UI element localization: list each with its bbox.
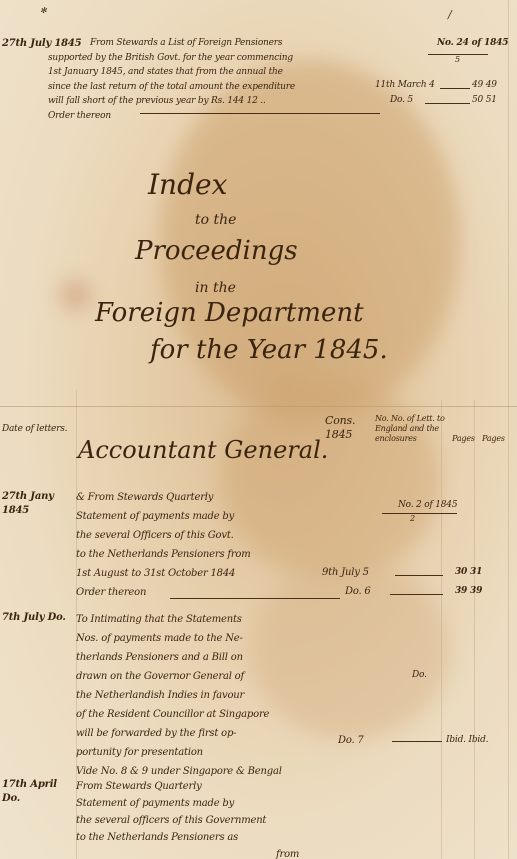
text-line: therlands Pensioners and a Bill on (76, 648, 336, 667)
column-rule (474, 400, 475, 859)
ref-number: No. 2 of 1845 (398, 500, 457, 510)
header-rule (0, 406, 517, 407)
title-proceedings: Proceedings (135, 236, 298, 266)
cons-ref: 9th July 5 (322, 567, 369, 578)
entry-text: & From Stewards Quarterly Statement of p… (76, 488, 336, 602)
page-ref: 39 39 (455, 586, 482, 596)
text-line: Statement of payments made by (76, 507, 336, 526)
check-mark: / (448, 8, 452, 21)
text-line: to the Netherlands Pensioners from (76, 545, 336, 564)
text-line: Nos. of payments made to the Ne- (76, 629, 336, 648)
title-foreign-department: Foreign Department (95, 298, 364, 328)
text-line: Statement of payments made by (76, 795, 336, 812)
leader-line (425, 103, 470, 104)
leader-line (395, 575, 443, 576)
cons-ref: Do. 7 (338, 735, 364, 746)
text-line: To Intimating that the Statements (76, 610, 336, 629)
text-line: Order thereon (48, 109, 378, 124)
title-index: Index (148, 168, 227, 201)
leader-line (392, 741, 442, 742)
text-line: drawn on the Governor General of (76, 667, 336, 686)
entry-text: From Stewards a List of Foreign Pensione… (48, 36, 378, 123)
cons-column-header: Cons. 1845 (325, 414, 361, 442)
margin-mark: ✻ (40, 6, 47, 15)
date-column-header: Date of letters. (2, 424, 67, 434)
entry-text: From Stewards Quarterly Statement of pay… (76, 778, 336, 859)
page-ref: Ibid. Ibid. (446, 735, 488, 745)
text-line: will be forwarded by the first op- (76, 724, 336, 743)
entry-date: 27th Jany 1845 (2, 490, 72, 518)
section-heading: Accountant General. (78, 436, 328, 464)
cons-ref: Do. 5 (390, 95, 413, 105)
text-line: supported by the British Govt. for the y… (48, 51, 378, 66)
text-line: 1st August to 31st October 1844 (76, 564, 336, 583)
ref-number: Do. (412, 670, 427, 680)
page-ref: 49 49 (472, 80, 497, 90)
ref-sub: 5 (455, 55, 460, 64)
cons-ref: 11th March 4 (375, 80, 435, 90)
column-rule (441, 400, 442, 859)
entry-text: To Intimating that the Statements Nos. o… (76, 610, 336, 781)
text-line: the several officers of this Government (76, 812, 336, 829)
title-year: for the Year 1845. (150, 335, 388, 365)
text-line: to the Netherlands Pensioners as (76, 829, 336, 846)
text-line: from (76, 846, 336, 859)
leader-line (440, 88, 470, 89)
order-line (140, 113, 380, 114)
text-line: & From Stewards Quarterly (76, 488, 336, 507)
text-line: From Stewards a List of Foreign Pensione… (48, 36, 378, 51)
page-ref: 30 31 (455, 567, 482, 577)
order-line (170, 598, 340, 599)
no-column-header: No. No. of Lett. to England and the encl… (375, 414, 453, 444)
pages-column-header: Pages (452, 434, 475, 443)
text-line: the Netherlandish Indies in favour (76, 686, 336, 705)
entry-date: 7th July Do. (2, 612, 66, 623)
cons-ref: Do. 6 (345, 586, 371, 597)
entry-date: 17th April Do. (2, 778, 74, 806)
text-line: of the Resident Councillor at Singapore (76, 705, 336, 724)
text-line: since the last return of the total amoun… (48, 80, 378, 95)
text-line: portunity for presentation (76, 743, 336, 762)
ref-sub: 2 (410, 514, 415, 523)
title-to-the: to the (195, 212, 236, 228)
text-line: the several Officers of this Govt. (76, 526, 336, 545)
column-rule (508, 0, 509, 859)
text-line: From Stewards Quarterly (76, 778, 336, 795)
leader-line (390, 594, 443, 595)
title-in-the: in the (195, 280, 236, 296)
text-line: 1st January 1845, and states that from t… (48, 65, 378, 80)
text-line: Order thereon (76, 583, 336, 602)
paper-stain (60, 280, 90, 310)
pages-column-header: Pages (482, 434, 505, 443)
ref-underline (382, 513, 457, 514)
page-ref: 50 51 (472, 95, 497, 105)
text-line: will fall short of the previous year by … (48, 94, 378, 109)
ref-number: No. 24 of 1845 (437, 38, 508, 48)
